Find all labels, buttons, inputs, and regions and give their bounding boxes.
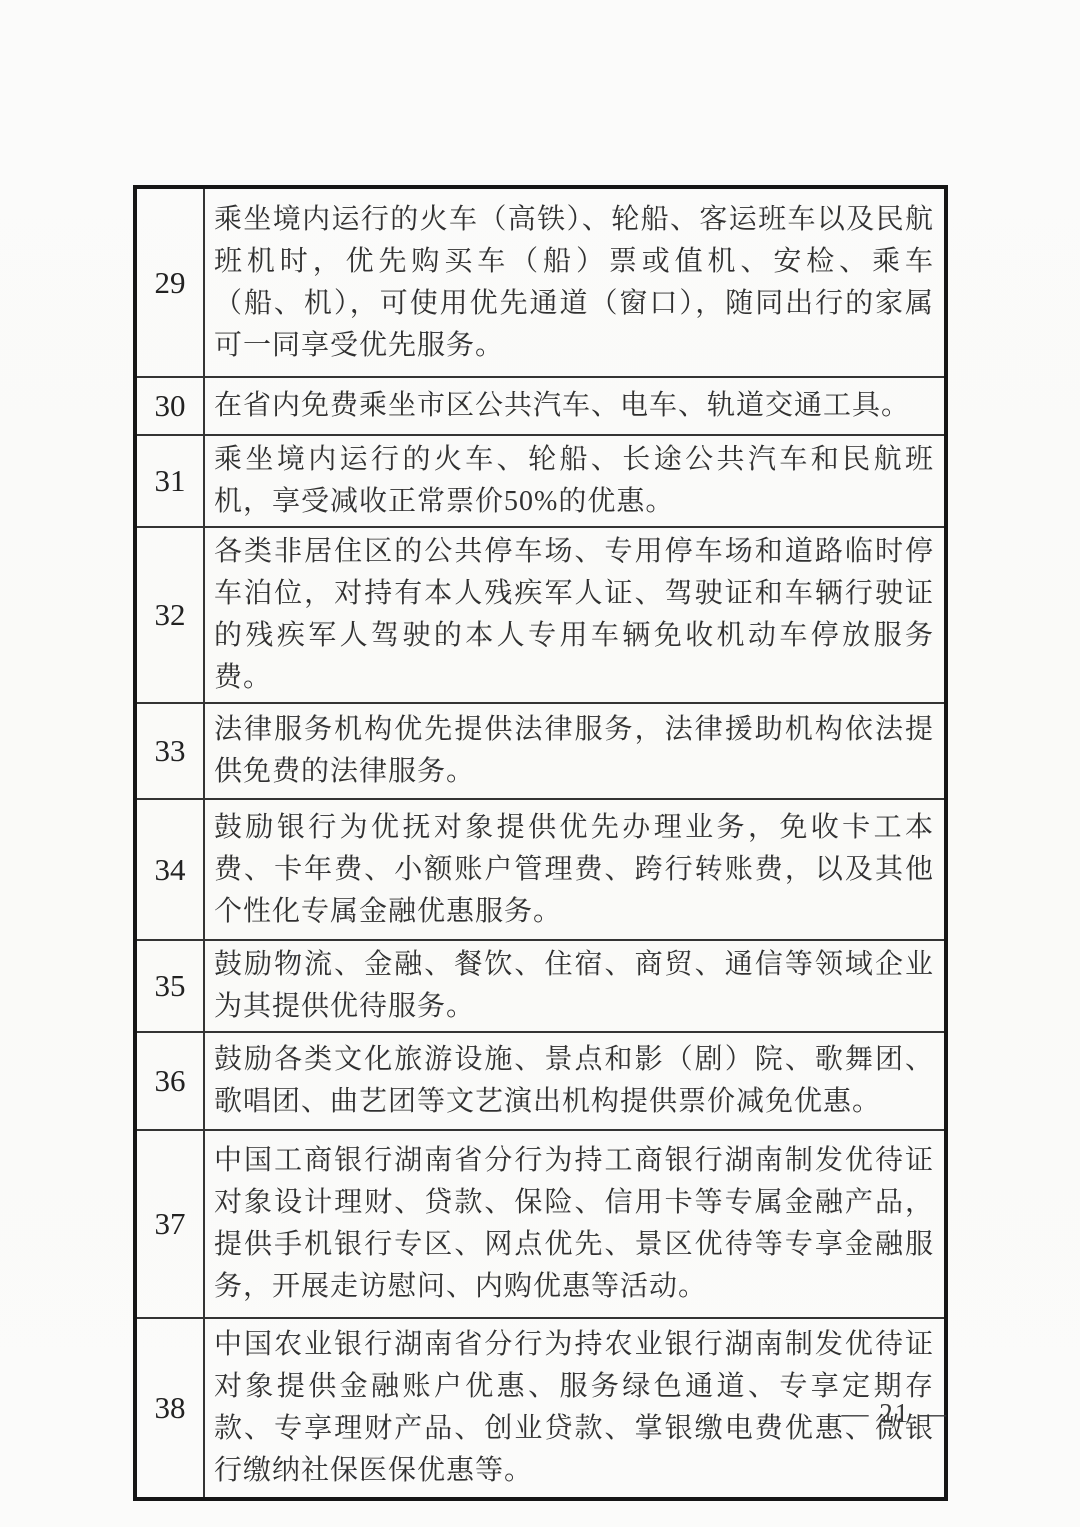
table-row: 33 法律服务机构优先提供法律服务，法律援助机构依法提供免费的法律服务。 bbox=[135, 703, 946, 799]
table-row: 36 鼓励各类文化旅游设施、景点和影（剧）院、歌舞团、歌唱团、曲艺团等文艺演出机… bbox=[135, 1032, 946, 1130]
table-row: 31 乘坐境内运行的火车、轮船、长途公共汽车和民航班机，享受减收正常票价50%的… bbox=[135, 435, 946, 527]
document-page: 29 乘坐境内运行的火车（高铁）、轮船、客运班车以及民航班机时，优先购买车（船）… bbox=[0, 0, 1080, 1527]
row-text: 各类非居住区的公共停车场、专用停车场和道路临时停车泊位，对持有本人残疾军人证、驾… bbox=[204, 527, 946, 703]
row-number: 30 bbox=[135, 377, 204, 435]
table-row: 29 乘坐境内运行的火车（高铁）、轮船、客运班车以及民航班机时，优先购买车（船）… bbox=[135, 187, 946, 377]
page-number: — 21 — bbox=[842, 1398, 949, 1429]
table-row: 38 中国农业银行湖南省分行为持农业银行湖南制发优待证对象提供金融账户优惠、服务… bbox=[135, 1318, 946, 1499]
row-text: 乘坐境内运行的火车、轮船、长途公共汽车和民航班机，享受减收正常票价50%的优惠。 bbox=[204, 435, 946, 527]
benefits-table-body: 29 乘坐境内运行的火车（高铁）、轮船、客运班车以及民航班机时，优先购买车（船）… bbox=[135, 187, 946, 1499]
row-text: 中国农业银行湖南省分行为持农业银行湖南制发优待证对象提供金融账户优惠、服务绿色通… bbox=[204, 1318, 946, 1499]
row-number: 31 bbox=[135, 435, 204, 527]
table-row: 37 中国工商银行湖南省分行为持工商银行湖南制发优待证对象设计理财、贷款、保险、… bbox=[135, 1130, 946, 1318]
row-text: 法律服务机构优先提供法律服务，法律援助机构依法提供免费的法律服务。 bbox=[204, 703, 946, 799]
row-text: 乘坐境内运行的火车（高铁）、轮船、客运班车以及民航班机时，优先购买车（船）票或值… bbox=[204, 187, 946, 377]
row-text: 鼓励物流、金融、餐饮、住宿、商贸、通信等领域企业为其提供优待服务。 bbox=[204, 940, 946, 1032]
row-text: 鼓励各类文化旅游设施、景点和影（剧）院、歌舞团、歌唱团、曲艺团等文艺演出机构提供… bbox=[204, 1032, 946, 1130]
row-text: 鼓励银行为优抚对象提供优先办理业务，免收卡工本费、卡年费、小额账户管理费、跨行转… bbox=[204, 799, 946, 940]
table-row: 32 各类非居住区的公共停车场、专用停车场和道路临时停车泊位，对持有本人残疾军人… bbox=[135, 527, 946, 703]
row-number: 36 bbox=[135, 1032, 204, 1130]
row-text: 在省内免费乘坐市区公共汽车、电车、轨道交通工具。 bbox=[204, 377, 946, 435]
row-number: 38 bbox=[135, 1318, 204, 1499]
row-number: 35 bbox=[135, 940, 204, 1032]
row-number: 37 bbox=[135, 1130, 204, 1318]
row-number: 32 bbox=[135, 527, 204, 703]
benefits-table: 29 乘坐境内运行的火车（高铁）、轮船、客运班车以及民航班机时，优先购买车（船）… bbox=[133, 185, 948, 1501]
row-number: 29 bbox=[135, 187, 204, 377]
row-number: 33 bbox=[135, 703, 204, 799]
table-row: 35 鼓励物流、金融、餐饮、住宿、商贸、通信等领域企业为其提供优待服务。 bbox=[135, 940, 946, 1032]
row-text: 中国工商银行湖南省分行为持工商银行湖南制发优待证对象设计理财、贷款、保险、信用卡… bbox=[204, 1130, 946, 1318]
row-number: 34 bbox=[135, 799, 204, 940]
table-row: 34 鼓励银行为优抚对象提供优先办理业务，免收卡工本费、卡年费、小额账户管理费、… bbox=[135, 799, 946, 940]
table-row: 30 在省内免费乘坐市区公共汽车、电车、轨道交通工具。 bbox=[135, 377, 946, 435]
